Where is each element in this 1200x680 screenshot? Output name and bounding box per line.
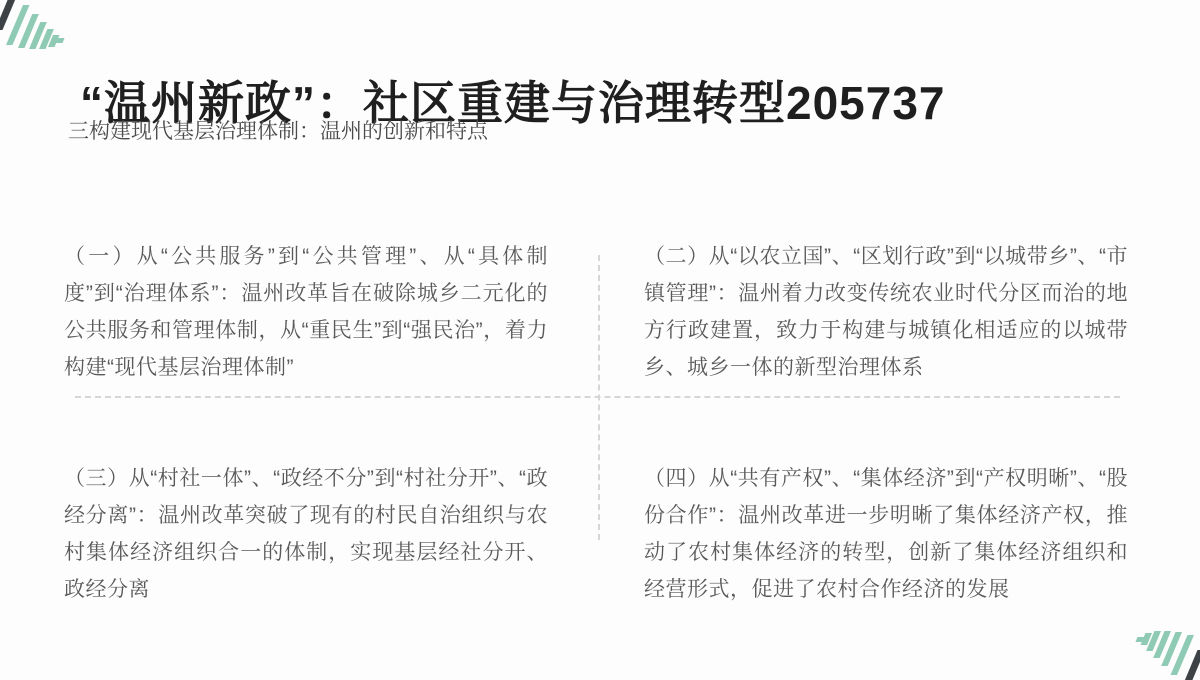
point-block-3: （三）从“村社一体”、“政经不分”到“村社分开”、“政经分离”：温州改革突破了现… — [64, 460, 548, 608]
diagonal-stripes-icon — [0, 0, 74, 54]
presentation-slide: “温州新政”：社区重建与治理转型205737 三构建现代基层治理体制：温州的创新… — [0, 0, 1200, 680]
slide-subtitle: 三构建现代基层治理体制：温州的创新和特点 — [68, 118, 968, 146]
point-block-4: （四）从“共有产权”、“集体经济”到“产权明晰”、“股份合作”：温州改革进一步明… — [644, 460, 1128, 608]
point-block-1: （一）从“公共服务”到“公共管理”、从“具体制度”到“治理体系”：温州改革旨在破… — [64, 238, 548, 386]
point-block-2: （二）从“以农立国”、“区划行政”到“以城带乡”、“市镇管理”：温州着力改变传统… — [644, 238, 1128, 386]
stripes-decoration-top-left — [0, 0, 74, 54]
horizontal-dashed-divider — [75, 396, 1120, 398]
stripes-decoration-bottom-right — [1126, 626, 1200, 680]
diagonal-stripes-icon — [1126, 626, 1200, 680]
